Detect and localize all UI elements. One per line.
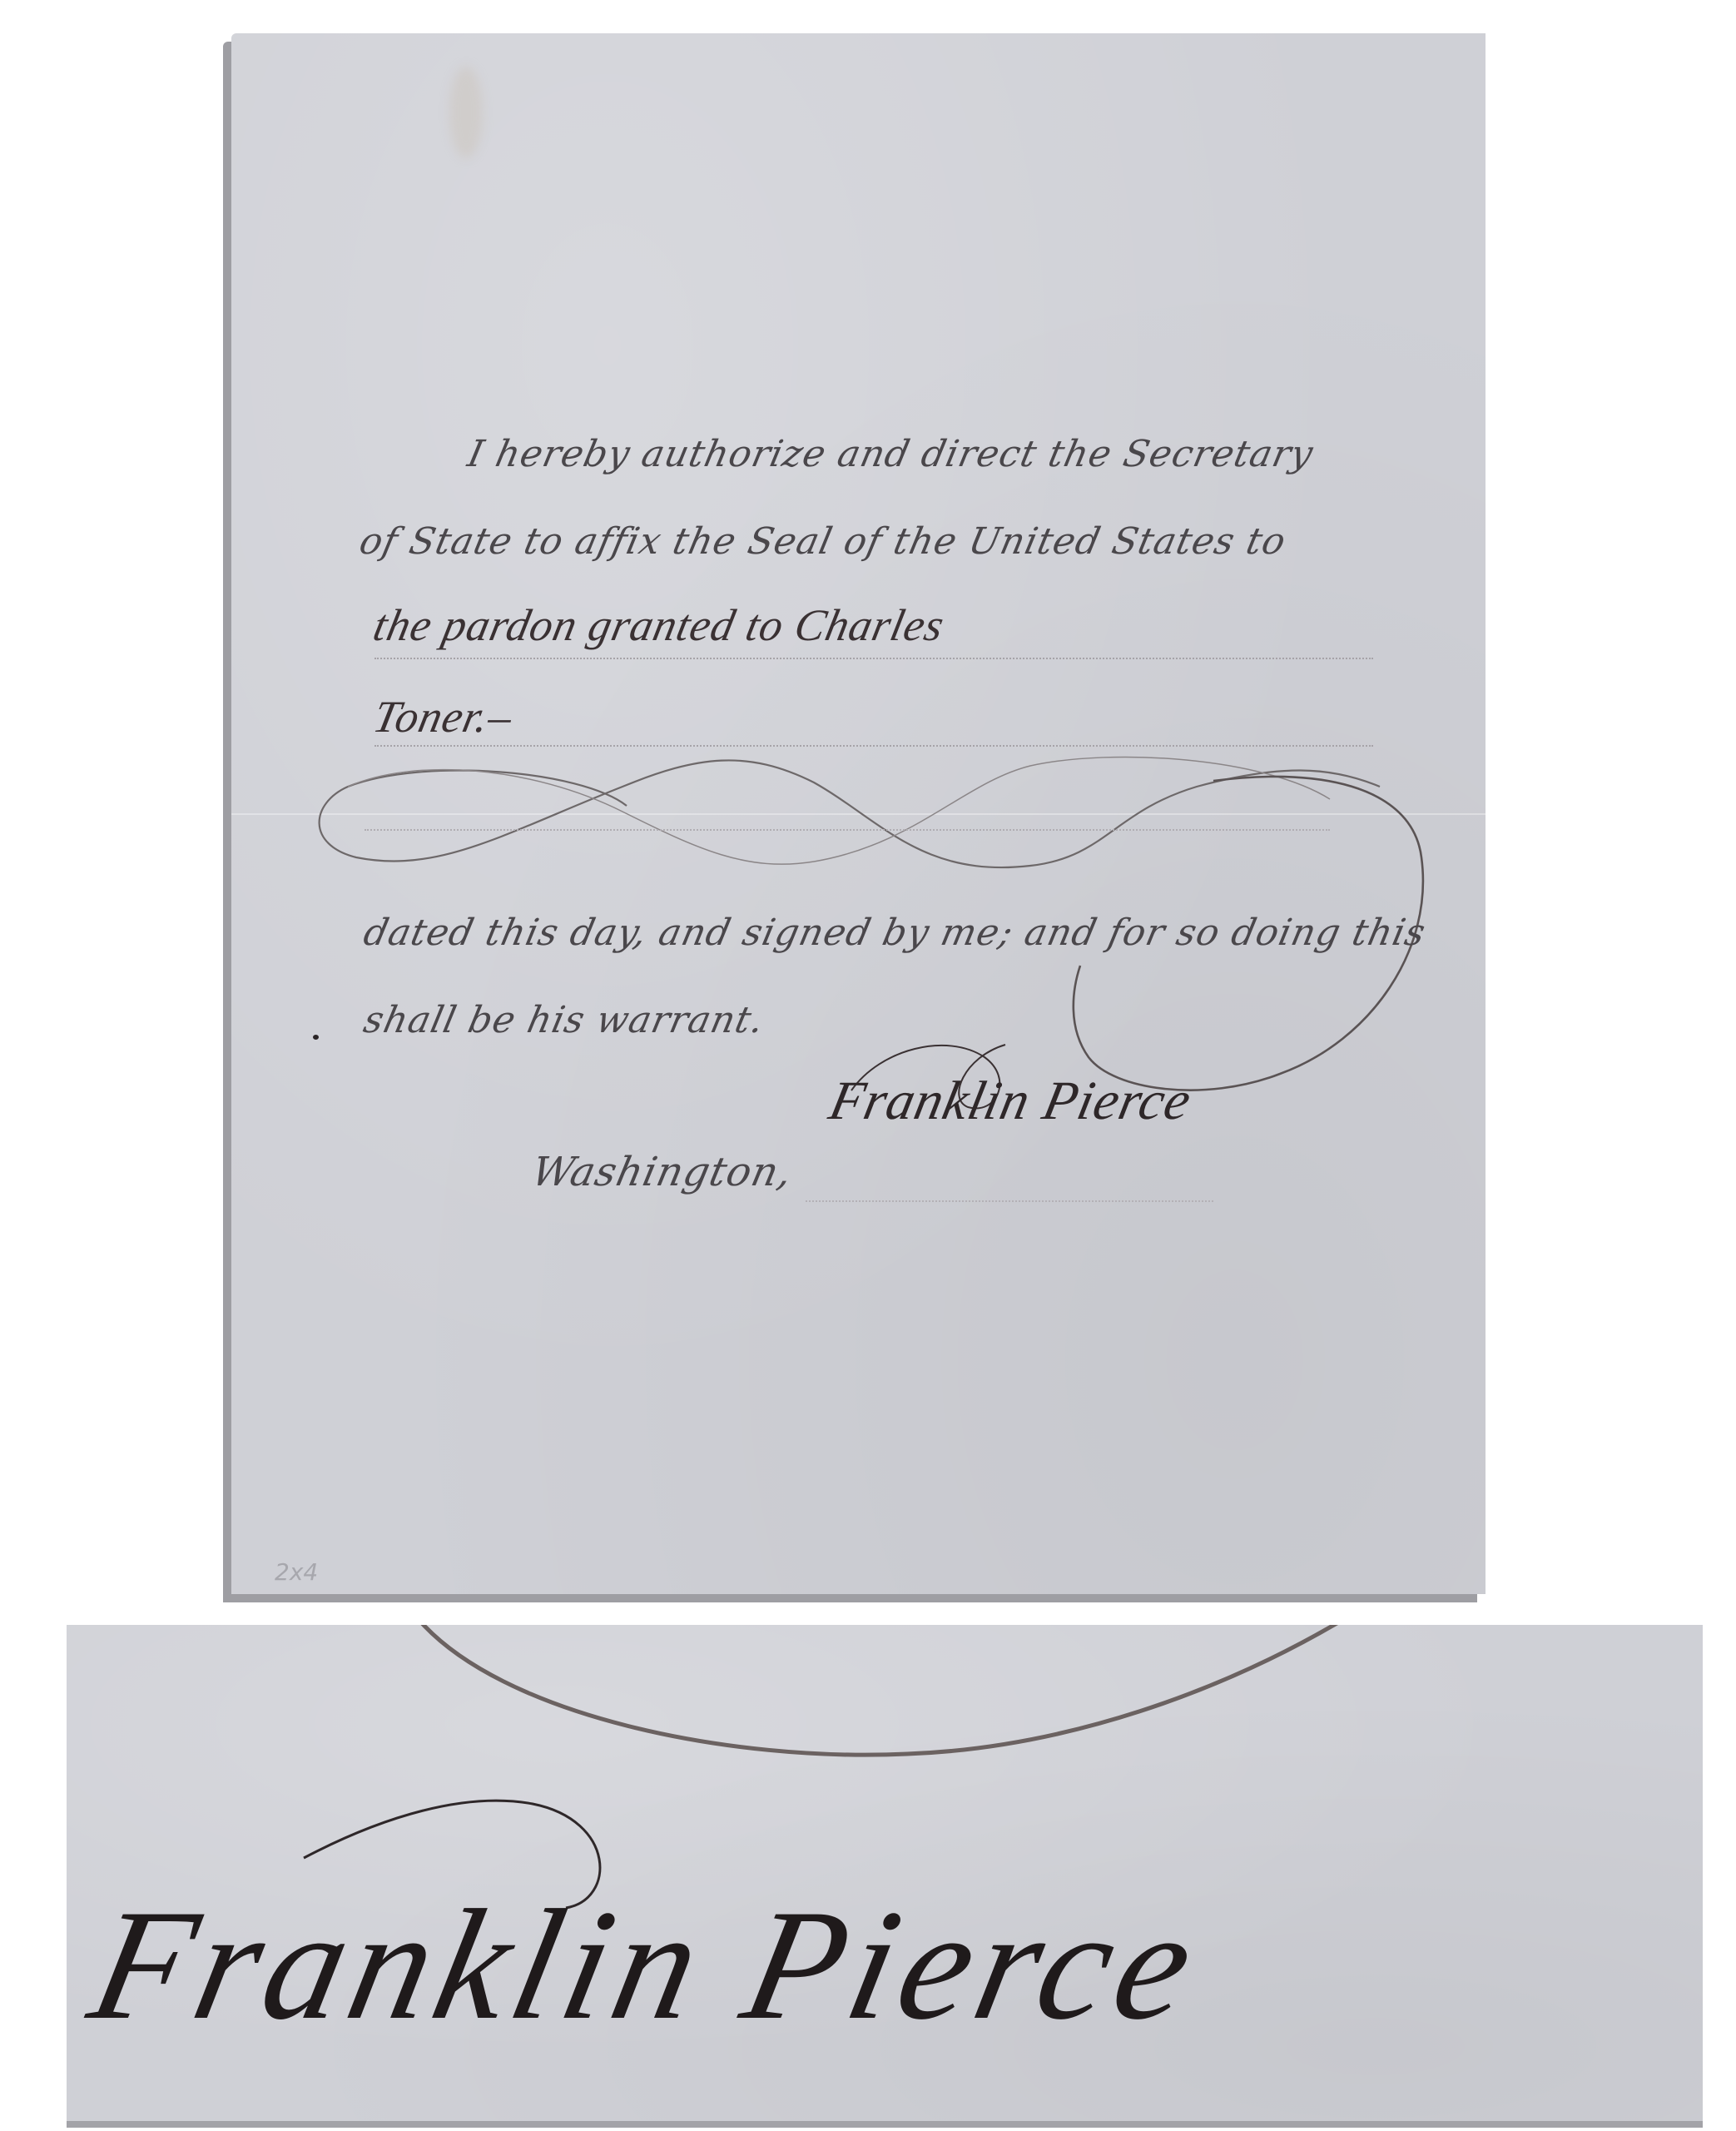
document-page: I hereby authorize and direct the Secret… xyxy=(231,33,1486,1594)
place-label: Washington, xyxy=(528,1149,797,1195)
ruled-line-place xyxy=(806,1200,1213,1202)
signature-flourish xyxy=(231,33,1486,1594)
signature: Franklin Pierce xyxy=(824,1070,1197,1133)
signature-detail-panel: Franklin Pierce xyxy=(67,1625,1703,2121)
detail-signature: Franklin Pierce xyxy=(77,1875,1214,2056)
pencil-note: 2x4 xyxy=(275,1558,318,1586)
